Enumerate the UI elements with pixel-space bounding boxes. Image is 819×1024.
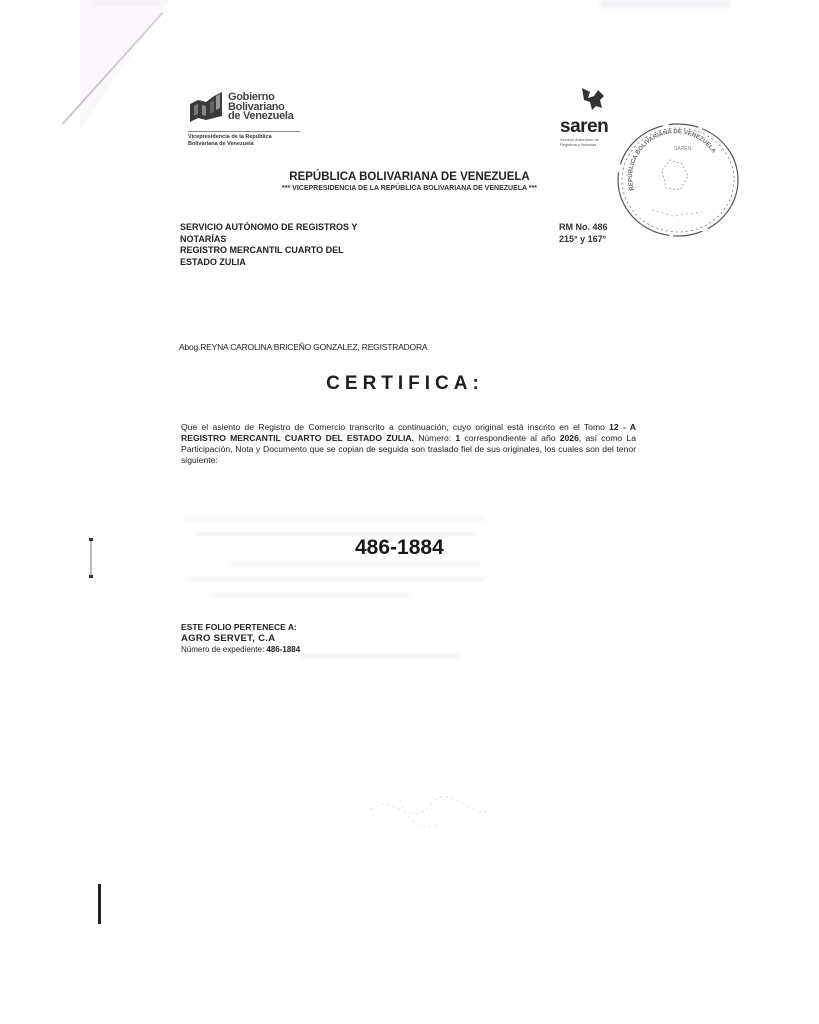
gov-logo-line: de Venezuela bbox=[228, 112, 294, 122]
organization-block: SERVICIO AUTÓNOMO DE REGISTROS Y NOTARÍA… bbox=[180, 222, 400, 268]
paragraph-year: 2026 bbox=[560, 433, 579, 443]
bleed-through-text bbox=[210, 594, 410, 596]
bleed-through-text bbox=[300, 655, 460, 657]
scan-smudge bbox=[90, 0, 160, 6]
certifica-heading: CERTIFICA: bbox=[0, 373, 810, 395]
bleed-through-text bbox=[185, 518, 485, 520]
gov-logo-text: Gobierno Bolivariano de Venezuela bbox=[228, 93, 294, 122]
registrar-name: Abog.REYNA CAROLINA BRICEÑO GONZALEZ, RE… bbox=[179, 342, 427, 352]
faint-signature-icon bbox=[360, 780, 500, 840]
punch-mark-cap bbox=[89, 538, 93, 541]
organization-line: NOTARÍAS bbox=[180, 234, 400, 246]
rm-number: RM No. 486 bbox=[559, 222, 608, 234]
organization-line: REGISTRO MERCANTIL CUARTO DEL bbox=[180, 245, 400, 257]
punch-mark bbox=[90, 538, 92, 578]
punch-mark bbox=[98, 884, 101, 924]
scan-smudge bbox=[600, 0, 730, 8]
saren-subtitle: Servicio Autónomo de Registros y Notaría… bbox=[560, 138, 620, 147]
svg-text:SAREN: SAREN bbox=[674, 146, 692, 152]
gobierno-bolivariano-logo: Gobierno Bolivariano de Venezuela Vicepr… bbox=[188, 85, 308, 153]
saren-subtitle-line: Registros y Notarías bbox=[560, 143, 620, 148]
organization-line: ESTADO ZULIA bbox=[180, 257, 400, 269]
saren-wordmark: saren bbox=[560, 116, 608, 138]
punch-mark-cap bbox=[89, 575, 93, 578]
document-title: REPÚBLICA BOLIVARIANA DE VENEZUELA bbox=[0, 171, 819, 183]
expediente-value: 486-1884 bbox=[266, 645, 300, 654]
bleed-through-text bbox=[185, 578, 485, 580]
saren-mark-icon bbox=[578, 86, 608, 112]
paragraph-text: Que el asiento de Registro de Comercio t… bbox=[181, 422, 609, 432]
flag-icon bbox=[188, 90, 224, 124]
paragraph-text: correspondiente al año bbox=[460, 433, 560, 443]
bleed-through-text bbox=[230, 563, 480, 565]
company-name: AGRO SERVET, C.A bbox=[181, 633, 300, 644]
gov-logo-subtitle: Vicepresidencia de la República Bolivari… bbox=[188, 131, 300, 148]
document-subtitle: *** VICEPRESIDENCIA DE LA REPÚBLICA BOLI… bbox=[0, 185, 819, 192]
expediente-label: Número de expediente: bbox=[181, 645, 266, 654]
certification-paragraph: Que el asiento de Registro de Comercio t… bbox=[181, 422, 636, 466]
gov-logo-subtitle-line: Vicepresidencia de la República bbox=[188, 134, 300, 141]
rm-block: RM No. 486 215° y 167° bbox=[559, 222, 608, 245]
rm-years: 215° y 167° bbox=[559, 234, 608, 246]
organization-line: SERVICIO AUTÓNOMO DE REGISTROS Y bbox=[180, 222, 400, 234]
expediente-line: Número de expediente: 486-1884 bbox=[181, 644, 300, 655]
folio-block: ESTE FOLIO PERTENECE A: AGRO SERVET, C.A… bbox=[181, 622, 300, 655]
paragraph-text: Número: bbox=[414, 433, 455, 443]
gov-logo-subtitle-line: Bolivariana de Venezuela bbox=[188, 141, 300, 148]
bleed-through-text bbox=[195, 533, 475, 535]
file-number: 486-1884 bbox=[355, 536, 444, 560]
folio-label: ESTE FOLIO PERTENECE A: bbox=[181, 622, 300, 633]
